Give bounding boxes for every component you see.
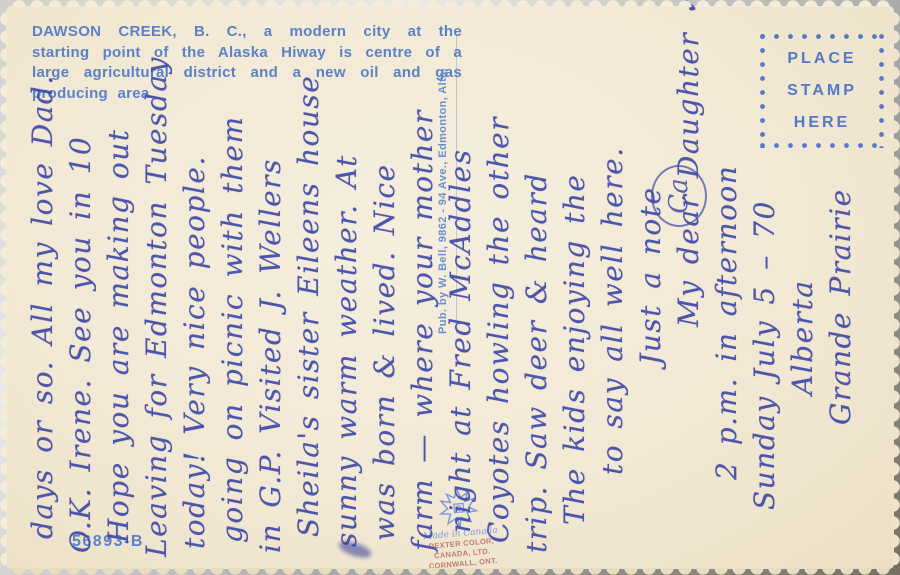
serial-number: 56893-B (72, 533, 144, 551)
maple-leaf-icon (436, 485, 482, 531)
address-divider-line (456, 36, 457, 334)
scalloped-edge-left (0, 10, 7, 565)
printer-mark: Made in Canada DEXTER COLOR, CANADA, LTD… (409, 483, 512, 572)
stamp-box: PLACE STAMP HERE (760, 34, 884, 148)
scalloped-edge-bottom (10, 568, 890, 575)
printed-caption: DAWSON CREEK, B. C., a modern city at th… (32, 22, 462, 105)
scalloped-edge-top (10, 0, 890, 7)
postcard-scan: DAWSON CREEK, B. C., a modern city at th… (0, 0, 900, 575)
stamp-box-label: PLACE STAMP HERE (760, 34, 884, 148)
circled-insertion: Ca (651, 165, 707, 227)
publisher-imprint: Pub. by W. Bell, 9862 - 94 Ave., Edmonto… (437, 34, 449, 334)
scalloped-edge-right (893, 10, 900, 565)
